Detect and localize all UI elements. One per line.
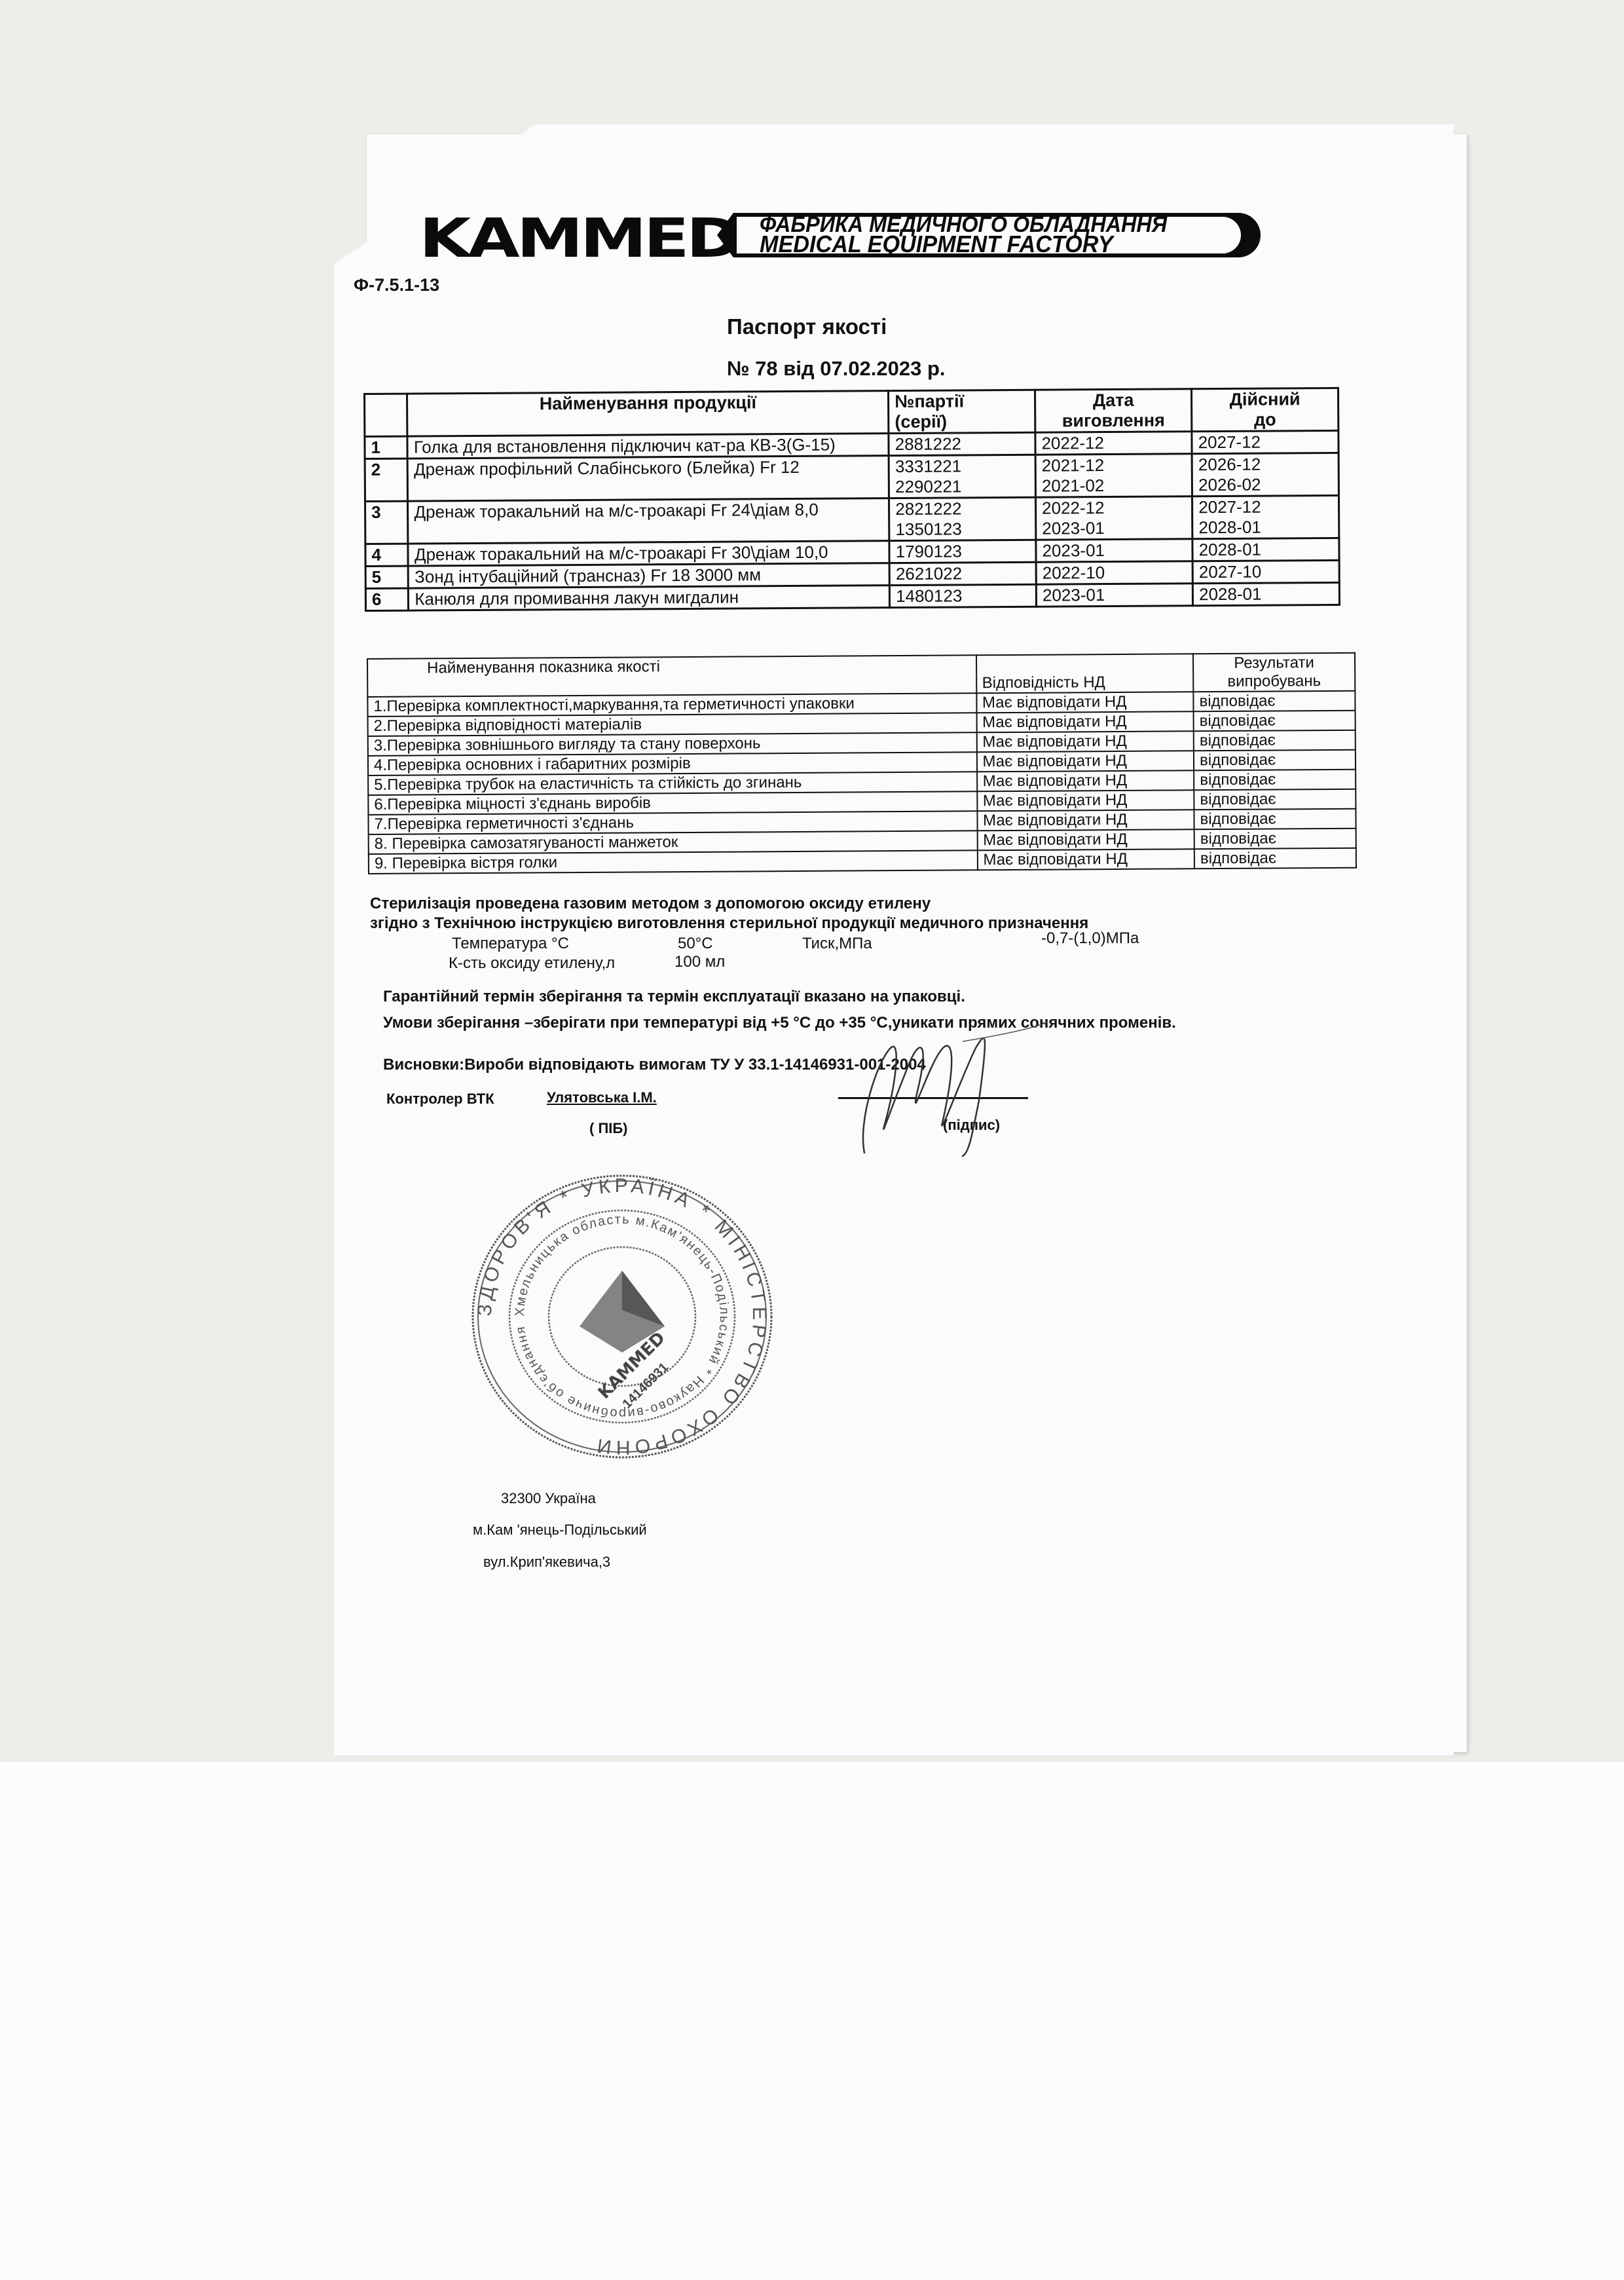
product-index: 2 [365, 458, 408, 501]
product-batches: 2881222 [889, 432, 1035, 455]
sterilization-block: Стерилізація проведена газовим методом з… [370, 894, 1088, 933]
test-result: відповідає [1194, 770, 1356, 791]
nd-requirement: Має відповідати НД [976, 731, 1194, 752]
header-nd-compliance: Відповідність НД [976, 654, 1193, 693]
header-quality-indicator: Найменування показника якості [367, 655, 976, 697]
product-name: Дренаж профільний Слабінського (Блейка) … [408, 456, 889, 501]
product-valid-until: 2028-01 [1192, 538, 1339, 561]
name-caption: ( ПІБ) [589, 1120, 628, 1137]
pressure-label: Тиск,МПа [802, 935, 872, 953]
nd-requirement: Має відповідати НД [977, 810, 1194, 831]
test-result: відповідає [1194, 848, 1356, 869]
test-result: відповідає [1194, 789, 1356, 810]
document-title: Паспорт якості [727, 314, 887, 339]
pressure-value: -0,7-(1,0)МПа [1041, 929, 1139, 948]
product-index: 1 [365, 436, 408, 458]
product-valid-until: 2027-12 [1192, 430, 1338, 453]
test-result: відповідає [1194, 730, 1356, 751]
address-line-3: вул.Крип'якевича,3 [483, 1554, 610, 1571]
test-result: відповідає [1194, 829, 1356, 850]
product-name: Дренаж торакальний на м/с-троакарі Fr 24… [408, 498, 889, 544]
storage-conditions: Умови зберігання –зберігати при температ… [383, 1014, 1176, 1032]
product-valid-until: 2027-10 [1192, 560, 1339, 583]
official-stamp: ЗДОРОВ'Я * УКРАЇНА * МІНІСТЕРСТВО ОХОРОН… [465, 1172, 779, 1461]
quality-table: Найменування показника якості Відповідні… [367, 652, 1357, 874]
nd-requirement: Має відповідати НД [977, 849, 1194, 870]
nd-requirement: Має відповідати НД [976, 711, 1194, 732]
nd-requirement: Має відповідати НД [977, 770, 1194, 791]
quality-indicator: 9. Перевірка вістря голки [369, 850, 978, 874]
test-result: відповідає [1194, 750, 1356, 771]
products-table: Найменування продукції №партії (серії) Д… [363, 387, 1340, 612]
product-name: Голка для встановлення підключич кат-ра … [407, 434, 889, 458]
document-content: KAMMED ФАБРИКА МЕДИЧНОГО ОБЛАДНАННЯ MEDI… [0, 0, 1624, 2280]
product-index: 3 [365, 501, 409, 544]
test-result: відповідає [1193, 691, 1355, 712]
handwritten-signature [838, 1022, 1048, 1159]
header-product-name: Найменування продукції [407, 391, 889, 436]
address-line-1: 32300 Україна [501, 1490, 596, 1507]
nd-requirement: Має відповідати НД [976, 751, 1194, 772]
nd-requirement: Має відповідати НД [976, 692, 1194, 713]
eo-amount-label: К-сть оксиду етилену,л [449, 954, 615, 973]
product-manufacture-dates: 2021-122021-02 [1035, 454, 1192, 497]
header-valid-until: Дійсний до [1192, 388, 1338, 431]
product-valid-until: 2027-122028-01 [1192, 495, 1339, 538]
temperature-label: Температура °С [452, 935, 569, 953]
sterilization-line-2: згідно з Технічною інструкцією виготовле… [370, 914, 1088, 933]
sterilization-line-1: Стерилізація проведена газовим методом з… [370, 894, 1088, 914]
test-result: відповідає [1194, 809, 1356, 830]
products-header-row: Найменування продукції №партії (серії) Д… [365, 388, 1338, 436]
product-batches: 1480123 [890, 584, 1037, 607]
quality-header-row: Найменування показника якості Відповідні… [367, 653, 1355, 697]
product-name: Дренаж торакальний на м/с-троакарі Fr 30… [408, 541, 889, 566]
header-manufacture-date: Дата виговлення [1035, 389, 1192, 432]
product-index: 4 [365, 544, 409, 566]
company-logo: KAMMED ФАБРИКА МЕДИЧНОГО ОБЛАДНАННЯ MEDI… [419, 213, 1264, 265]
product-name: Канюля для промивання лакун мигдалин [409, 586, 890, 610]
product-index: 6 [365, 588, 409, 610]
header-index [365, 394, 408, 436]
product-valid-until: 2026-122026-02 [1192, 453, 1338, 496]
test-result: відповідає [1194, 711, 1356, 732]
eo-amount-value: 100 мл [674, 953, 725, 971]
controller-label: Контролер ВТК [386, 1091, 494, 1108]
nd-requirement: Має відповідати НД [977, 790, 1194, 811]
product-batches: 33312212290221 [889, 455, 1035, 498]
guarantee-note: Гарантійний термін зберігання та термін … [383, 988, 965, 1006]
product-row: 2Дренаж профільний Слабінського (Блейка)… [365, 453, 1338, 501]
logo-banner-en: MEDICAL EQUIPMENT FACTORY [760, 234, 1113, 254]
product-manufacture-dates: 2022-12 [1035, 432, 1192, 455]
header-test-results: Результати випробувань [1193, 653, 1355, 692]
product-name: Зонд інтубаційний (трансназ) Fr 18 3000 … [409, 563, 890, 588]
header-batch: №партії (серії) [889, 390, 1035, 433]
product-batches: 1790123 [889, 540, 1036, 563]
form-code: Ф-7.5.1-13 [354, 275, 439, 295]
product-batches: 28212221350123 [889, 497, 1036, 540]
product-manufacture-dates: 2023-01 [1036, 584, 1192, 607]
product-row: 3Дренаж торакальний на м/с-троакарі Fr 2… [365, 495, 1339, 544]
logo-wordmark: KAMMED [419, 213, 739, 265]
product-index: 5 [365, 566, 409, 588]
address-line-2: м.Кам 'янець-Подільський [473, 1522, 647, 1539]
product-manufacture-dates: 2022-10 [1036, 561, 1192, 584]
temperature-value: 50°С [678, 935, 713, 953]
nd-requirement: Має відповідати НД [977, 829, 1194, 850]
product-manufacture-dates: 2023-01 [1036, 539, 1192, 562]
product-manufacture-dates: 2022-122023-01 [1036, 496, 1193, 540]
product-valid-until: 2028-01 [1192, 582, 1339, 605]
document-number: № 78 від 07.02.2023 р. [727, 357, 946, 381]
controller-name: Улятовська І.М. [547, 1089, 657, 1106]
product-batches: 2621022 [889, 562, 1036, 585]
